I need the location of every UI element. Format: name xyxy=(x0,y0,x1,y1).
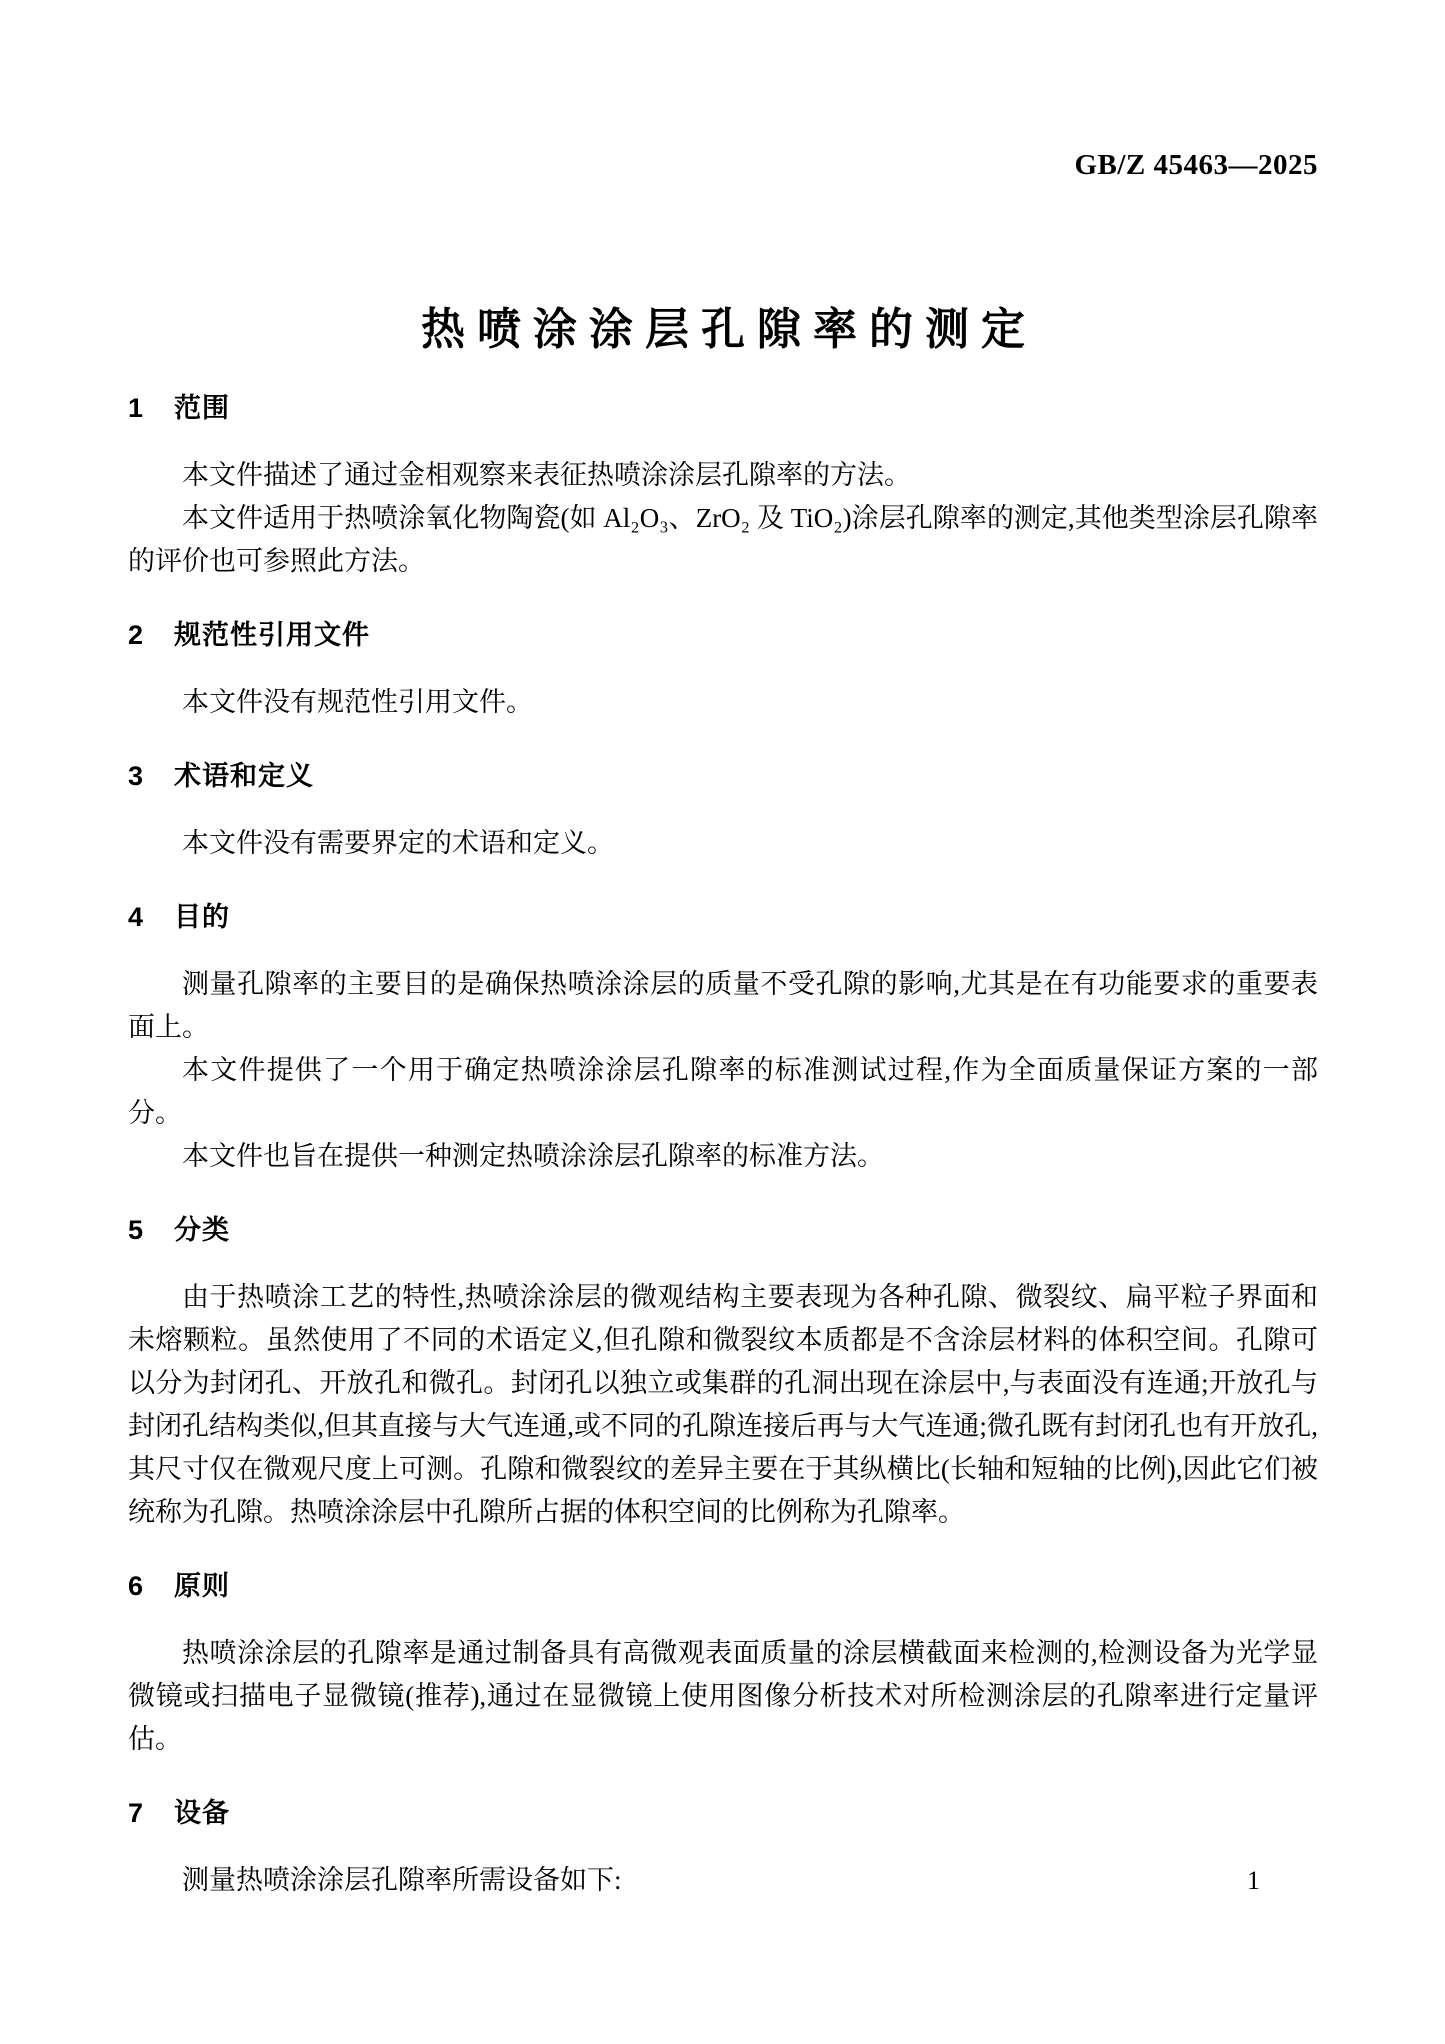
section-heading: 4目的 xyxy=(128,903,1318,931)
document-page: GB/Z 45463—2025 热喷涂涂层孔隙率的测定 1范围 本文件描述了通过… xyxy=(0,0,1445,2044)
paragraph: 本文件没有需要界定的术语和定义。 xyxy=(128,822,1318,865)
document-title: 热喷涂涂层孔隙率的测定 xyxy=(128,304,1318,356)
section-heading: 7设备 xyxy=(128,1799,1318,1827)
section-number: 4 xyxy=(128,903,144,931)
section-heading: 2规范性引用文件 xyxy=(128,621,1318,649)
section-title: 分类 xyxy=(174,1215,230,1245)
paragraph: 本文件没有规范性引用文件。 xyxy=(128,681,1318,724)
section-classification: 5分类 由于热喷涂工艺的特性,热喷涂涂层的微观结构主要表现为各种孔隙、微裂纹、扁… xyxy=(128,1216,1318,1534)
standard-code: GB/Z 45463—2025 xyxy=(1074,149,1318,181)
paragraph: 本文件也旨在提供一种测定热喷涂涂层孔隙率的标准方法。 xyxy=(128,1135,1318,1178)
section-title: 原则 xyxy=(174,1571,230,1601)
section-terms-definitions: 3术语和定义 本文件没有需要界定的术语和定义。 xyxy=(128,762,1318,865)
paragraph: 本文件提供了一个用于确定热喷涂涂层孔隙率的标准测试过程,作为全面质量保证方案的一… xyxy=(128,1049,1318,1135)
section-title: 范围 xyxy=(174,393,230,423)
paragraph: 热喷涂涂层的孔隙率是通过制备具有高微观表面质量的涂层横截面来检测的,检测设备为光… xyxy=(128,1632,1318,1761)
section-number: 6 xyxy=(128,1572,144,1600)
section-scope: 1范围 本文件描述了通过金相观察来表征热喷涂涂层孔隙率的方法。 本文件适用于热喷… xyxy=(128,394,1318,583)
section-number: 1 xyxy=(128,394,144,422)
paragraph: 本文件适用于热喷涂氧化物陶瓷(如 Al₂O₃、ZrO₂ 及 TiO₂)涂层孔隙率… xyxy=(128,497,1318,583)
section-number: 5 xyxy=(128,1216,144,1244)
page-number: 1 xyxy=(1247,1866,1260,1895)
section-normative-references: 2规范性引用文件 本文件没有规范性引用文件。 xyxy=(128,621,1318,724)
paragraph: 由于热喷涂工艺的特性,热喷涂涂层的微观结构主要表现为各种孔隙、微裂纹、扁平粒子界… xyxy=(128,1276,1318,1534)
section-heading: 1范围 xyxy=(128,394,1318,422)
section-number: 3 xyxy=(128,762,144,790)
section-title: 设备 xyxy=(174,1798,230,1828)
page-footer: 1 xyxy=(1247,1866,1260,1896)
paragraph: 测量热喷涂涂层孔隙率所需设备如下: xyxy=(128,1859,1318,1902)
section-title: 术语和定义 xyxy=(174,761,314,791)
section-equipment: 7设备 测量热喷涂涂层孔隙率所需设备如下: xyxy=(128,1799,1318,1902)
page-header: GB/Z 45463—2025 xyxy=(128,148,1318,182)
section-number: 7 xyxy=(128,1799,144,1827)
section-number: 2 xyxy=(128,621,144,649)
section-purpose: 4目的 测量孔隙率的主要目的是确保热喷涂涂层的质量不受孔隙的影响,尤其是在有功能… xyxy=(128,903,1318,1178)
section-principle: 6原则 热喷涂涂层的孔隙率是通过制备具有高微观表面质量的涂层横截面来检测的,检测… xyxy=(128,1572,1318,1761)
paragraph: 本文件描述了通过金相观察来表征热喷涂涂层孔隙率的方法。 xyxy=(128,454,1318,497)
section-heading: 6原则 xyxy=(128,1572,1318,1600)
paragraph: 测量孔隙率的主要目的是确保热喷涂涂层的质量不受孔隙的影响,尤其是在有功能要求的重… xyxy=(128,963,1318,1049)
section-heading: 5分类 xyxy=(128,1216,1318,1244)
section-title: 目的 xyxy=(174,902,230,932)
section-heading: 3术语和定义 xyxy=(128,762,1318,790)
section-title: 规范性引用文件 xyxy=(174,620,370,650)
